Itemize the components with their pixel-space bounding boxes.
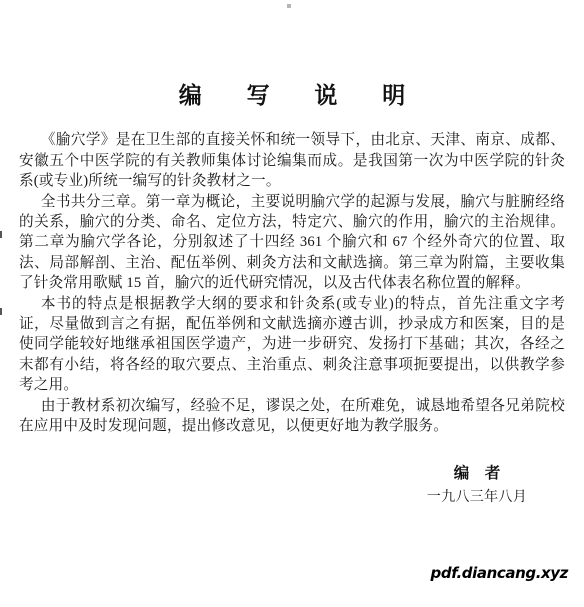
document-page: 编 写 说 明 《腧穴学》是在卫生部的直接关怀和统一领导下，由北京、天津、南京、… <box>0 0 584 607</box>
signature-date: 一九八三年八月 <box>427 491 527 505</box>
scan-speck <box>287 4 291 8</box>
paragraph-apology: 由于教材系初次编写，经验不足，谬误之处，在所难免，诚恳地希望各兄弟院校在应用中及… <box>19 396 565 437</box>
scan-edge-artifact <box>0 308 2 315</box>
page-title: 编 写 说 明 <box>0 83 584 108</box>
paragraph-intro: 《腧穴学》是在卫生部的直接关怀和统一领导下，由北京、天津、南京、成都、安徽五个中… <box>19 130 565 191</box>
signature-author: 编 者 <box>427 466 527 482</box>
paragraph-structure: 全书共分三章。第一章为概论，主要说明腧穴学的起源与发展，腧穴与脏腑经络的关系，腧… <box>19 192 565 294</box>
scan-edge-artifact <box>0 231 2 238</box>
paragraph-features: 本书的特点是根据教学大纲的要求和针灸系(或专业)的特点，首先注重文字考证，尽量做… <box>19 294 565 396</box>
signature-block: 编 者 一九八三年八月 <box>427 466 527 505</box>
body-text: 《腧穴学》是在卫生部的直接关怀和统一领导下，由北京、天津、南京、成都、安徽五个中… <box>19 130 565 436</box>
watermark-text: pdf.diancang.xyz <box>431 564 568 582</box>
